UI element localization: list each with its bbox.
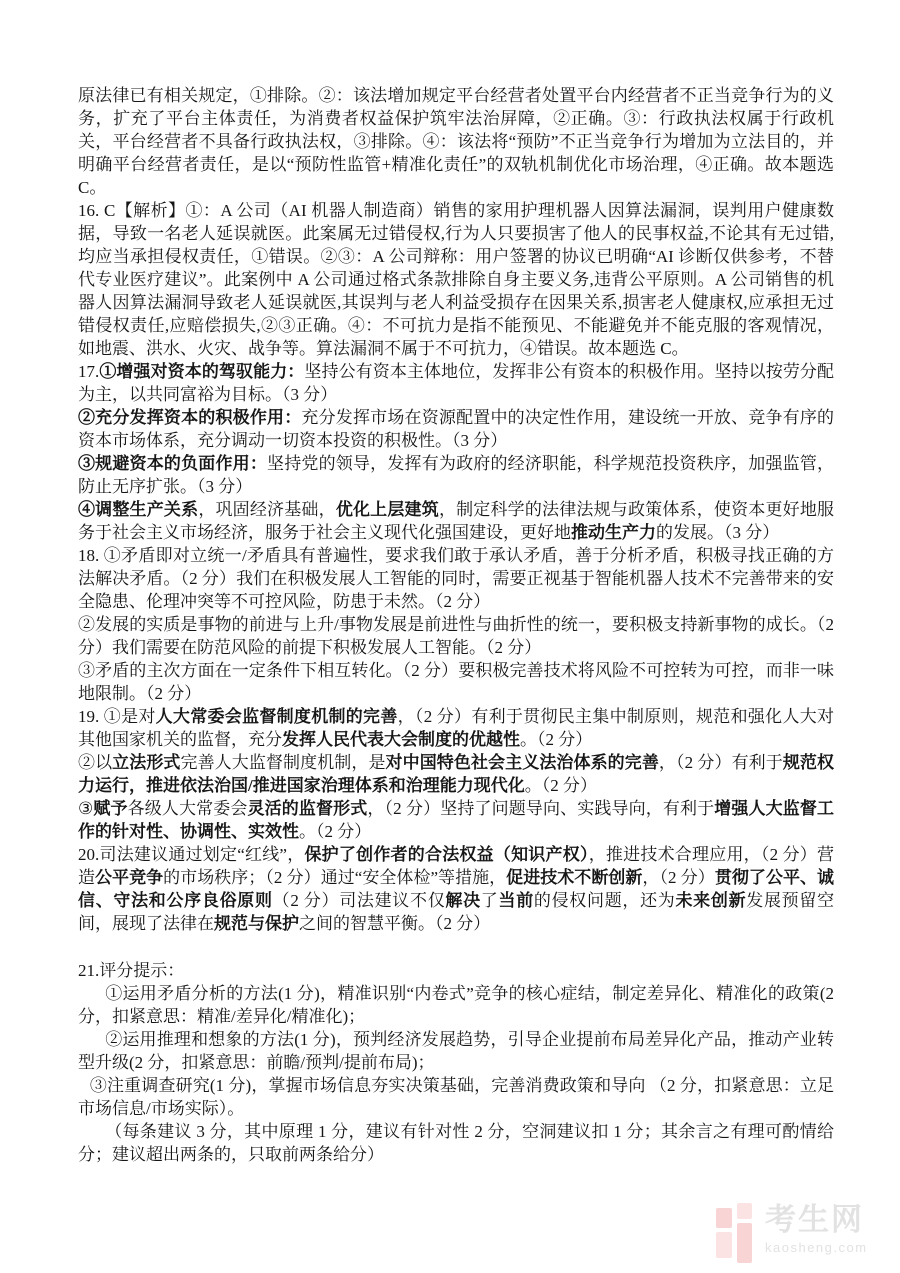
answer-18-point-2: ②发展的实质是事物的前进与上升/事物发展是前进性与曲折性的统一，要积极支持新事物…	[78, 613, 834, 659]
kaosheng-watermark: 考生网 kaosheng.com	[716, 1202, 868, 1264]
answer-17-point-3: ③规避资本的负面作用：坚持党的领导，发挥有为政府的经济职能，科学规范投资秩序，加…	[78, 452, 834, 498]
answer-21-point-1: ①运用矛盾分析的方法(1 分)，精准识别“内卷式”竞争的核心症结，制定差异化、精…	[78, 982, 834, 1028]
answer-21-scoring-note: （每条建议 3 分，其中原理 1 分，建议有针对性 2 分，空洞建议扣 1 分；…	[78, 1120, 834, 1166]
logo-block-top-left	[716, 1208, 732, 1228]
answer-18-point-3: ③矛盾的主次方面在一定条件下相互转化。（2 分）要积极完善技术将风险不可控转为可…	[78, 659, 834, 705]
answer-16-explanation: 16. C【解析】①：A 公司（AI 机器人制造商）销售的家用护理机器人因算法漏…	[78, 199, 834, 360]
logo-block-right-bar	[737, 1223, 752, 1263]
watermark-site-domain: kaosheng.com	[765, 1240, 868, 1256]
answer-18-point-1: 18. ①矛盾即对立统一/矛盾具有普遍性，要求我们敢于承认矛盾，善于分析矛盾，积…	[78, 544, 834, 613]
document-body: 原法律已有相关规定，①排除。②：该法增加规定平台经营者处置平台内经营者不正当竞争…	[78, 84, 834, 1166]
answer-21-heading: 21.评分提示：	[78, 959, 834, 982]
answer-15-explanation-continued: 原法律已有相关规定，①排除。②：该法增加规定平台经营者处置平台内经营者不正当竞争…	[78, 84, 834, 199]
answer-19-point-3: ③赋予各级人大常委会灵活的监督形式，（2 分）坚持了问题导向、实践导向，有利于增…	[78, 797, 834, 843]
answer-19-point-2: ②以立法形式完善人大监督制度机制，是对中国特色社会主义法治体系的完善，（2 分）…	[78, 751, 834, 797]
answer-21-point-2: ②运用推理和想象的方法(1 分)，预判经济发展趋势，引导企业提前布局差异化产品，…	[78, 1028, 834, 1074]
kaosheng-logo-icon	[716, 1202, 754, 1264]
watermark-text: 考生网 kaosheng.com	[765, 1202, 868, 1256]
answer-20: 20.司法建议通过划定“红线”，保护了创作者的合法权益（知识产权），推进技术合理…	[78, 843, 834, 935]
answer-21-point-3: ③注重调查研究(1 分)，掌握市场信息夯实决策基础，完善消费政策和导向 （2 分…	[78, 1074, 834, 1120]
document-page: 原法律已有相关规定，①排除。②：该法增加规定平台经营者处置平台内经营者不正当竞争…	[0, 0, 900, 1273]
answer-19-point-1: 19. ①是对人大常委会监督制度机制的完善，（2 分）有利于贯彻民主集中制原则，…	[78, 705, 834, 751]
logo-block-top-right	[737, 1203, 752, 1219]
answer-17-point-1: 17.①增强对资本的驾驭能力：坚持公有资本主体地位，发挥非公有资本的积极作用。坚…	[78, 360, 834, 406]
watermark-site-name: 考生网	[765, 1202, 868, 1238]
answer-17-point-4: ④调整生产关系，巩固经济基础，优化上层建筑，制定科学的法律法规与政策体系，使资本…	[78, 498, 834, 544]
logo-block-bottom-left	[716, 1232, 732, 1258]
answer-17-point-2: ②充分发挥资本的积极作用：充分发挥市场在资源配置中的决定性作用，建设统一开放、竞…	[78, 406, 834, 452]
